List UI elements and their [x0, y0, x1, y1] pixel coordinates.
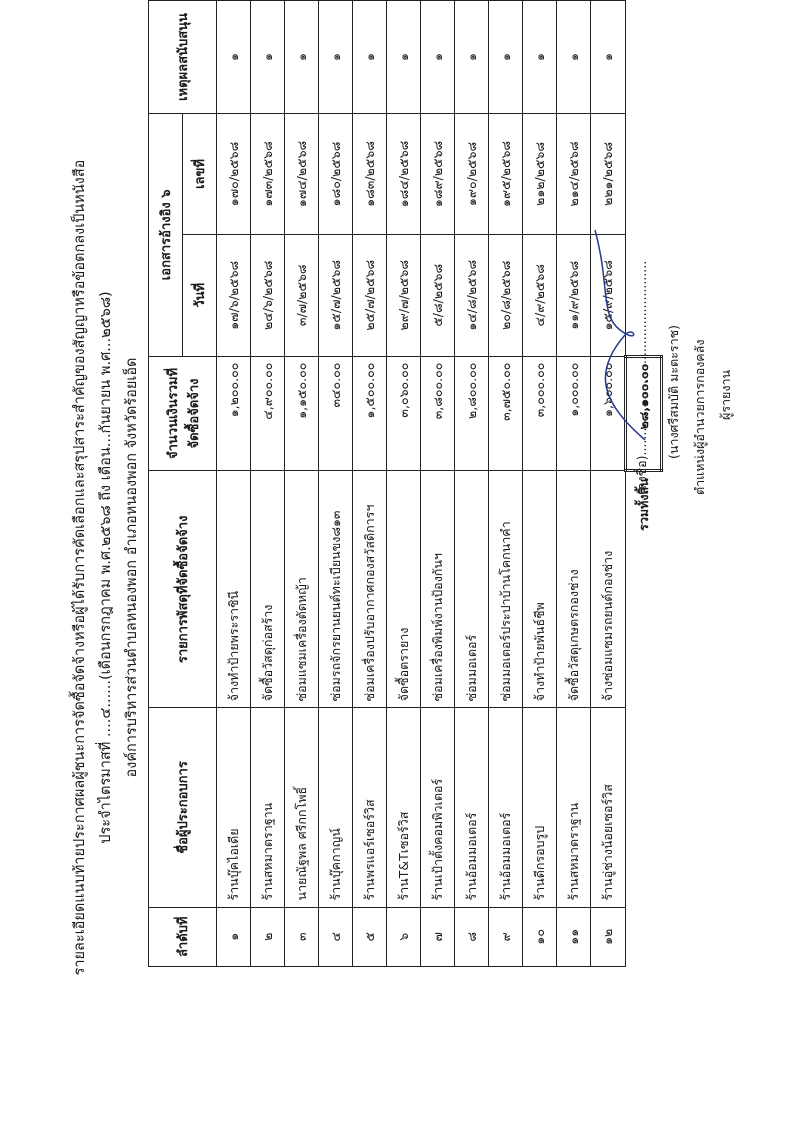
header-reference: เอกสารอ้างอิง ๖: [149, 114, 183, 357]
total-label: รวมทั้งสิ้น: [626, 471, 662, 708]
row-no: ๒: [251, 907, 285, 966]
row-ref-no: ๑๘๔/๒๕๖๘: [387, 114, 421, 235]
row-item: จ้างทำป้ายพันธ์ชีพ: [523, 471, 557, 708]
row-item: จัดซื้อวัสดุก่อสร้าง: [251, 471, 285, 708]
row-date: ๒๐/๘/๒๕๖๘: [489, 234, 523, 356]
signature-line: (ลงชื่อ)................................…: [632, 261, 652, 495]
row-vendor: ร้านพรแอร์เซอร์วิส: [353, 708, 387, 907]
signer-role: ผู้รายงาน: [716, 370, 736, 420]
row-reason: ๑: [217, 1, 251, 114]
row-vendor: ร้านเป้าตั้งคอมพิวเตอร์: [421, 708, 455, 907]
header-reason: เหตุผลสนับสนุน: [149, 1, 217, 114]
row-no: ๙: [489, 907, 523, 966]
row-date: ๔/๙/๒๕๖๘: [523, 234, 557, 356]
row-amount: ๓,๐๐๐.๐๐: [523, 356, 557, 471]
header-ref-no: เลขที่: [183, 114, 217, 235]
row-reason: ๑: [489, 1, 523, 114]
table-row: ๑ร้านบุ๊คไอเดียจ้างทำป้ายพระราชินี๑,๒๐๐.…: [217, 1, 251, 967]
row-vendor: นายณัฐพล ศรีกกโพธิ์: [285, 708, 319, 907]
table-row: ๒ร้านสหมาตราฐานจัดซื้อวัสดุก่อสร้าง๔,๙๐๐…: [251, 1, 285, 967]
row-date: ๒๕/๗/๒๕๖๘: [353, 234, 387, 356]
row-vendor: ร้านบุ๊คไอเดีย: [217, 708, 251, 907]
doc-organization: องค์การบริหารส่วนตำบลหนองพอก อำเภอหนองพอ…: [120, 0, 143, 1135]
row-item: ซ่อมมอเตอร์: [455, 471, 489, 708]
row-reason: ๑: [285, 1, 319, 114]
row-reason: ๑: [387, 1, 421, 114]
table-row: ๓นายณัฐพล ศรีกกโพธิ์ซ่อมแซมเครื่องตัดหญ้…: [285, 1, 319, 967]
header-item: รายการพัสดุที่จัดซื้อจัดจ้าง: [149, 471, 217, 708]
table-row: ๕ร้านพรแอร์เซอร์วิสซ่อมเครื่องปรับอากาศก…: [353, 1, 387, 967]
row-reason: ๑: [591, 1, 626, 114]
row-item: จ้างซ่อมแซมรถยนต์กองช่าง: [591, 471, 626, 708]
row-no: ๕: [353, 907, 387, 966]
row-vendor: ร้านอ้อมมอเตอร์: [489, 708, 523, 907]
table-row: ๑๐ร้านดีกรอบรูปจ้างทำป้ายพันธ์ชีพ๓,๐๐๐.๐…: [523, 1, 557, 967]
row-vendor: ร้านอ้อมมอเตอร์: [455, 708, 489, 907]
row-reason: ๑: [557, 1, 591, 114]
table-row: ๘ร้านอ้อมมอเตอร์ซ่อมมอเตอร์๒,๘๐๐.๐๐๑๔/๘/…: [455, 1, 489, 967]
row-reason: ๑: [523, 1, 557, 114]
row-ref-no: ๒๑๔/๒๕๖๘: [557, 114, 591, 235]
row-amount: ๒,๘๐๐.๐๐: [455, 356, 489, 471]
row-item: ซ่อมแซมเครื่องตัดหญ้า: [285, 471, 319, 708]
row-amount: ๑,๕๐๐.๐๐: [353, 356, 387, 471]
signer-name: (นางศรีสมบัติ มะตะราช): [664, 325, 684, 459]
table-row: ๑๒ร้านอู่ช่างน้อยเซอร์วิสจ้างซ่อมแซมรถยน…: [591, 1, 626, 967]
row-item: จัดซื้อวัสดุเกษตรกองช่าง: [557, 471, 591, 708]
row-ref-no: ๑๘๓/๒๕๖๘: [353, 114, 387, 235]
row-date: ๑๗/๖/๒๕๖๘: [217, 234, 251, 356]
row-ref-no: ๑๘๙/๒๕๖๘: [421, 114, 455, 235]
table-row: ๙ร้านอ้อมมอเตอร์ซ่อมมอเตอร์ประปาบ้านโคกน…: [489, 1, 523, 967]
header-amount: จำนวนเงินรวมที่จัดซื้อจัดจ้าง: [149, 356, 217, 471]
signer-position: ตำแหน่งผู้อำนวยการกองคลัง: [690, 340, 710, 495]
procurement-table: ลำดับที่ ชื่อผู้ประกอบการ รายการพัสดุที่…: [148, 0, 663, 967]
row-amount: ๓,๗๕๐.๐๐: [489, 356, 523, 471]
document-page: รายละเอียดแนบท้ายประกาศผลผู้ชนะการจัดซื้…: [0, 0, 800, 1135]
row-amount: ๓,๐๖๐.๐๐: [387, 356, 421, 471]
row-item: ซ่อมมอเตอร์ประปาบ้านโคกนาคำ: [489, 471, 523, 708]
table-row: ๔ร้านบุ๊คกาญน์ซ่อมรถจักรยานยนต์ทะเบียนขง…: [319, 1, 353, 967]
header-date: วันที่: [183, 234, 217, 356]
row-no: ๑๐: [523, 907, 557, 966]
row-vendor: ร้านสหมาตราฐาน: [251, 708, 285, 907]
row-date: ๑๔/๘/๒๕๖๘: [455, 234, 489, 356]
row-date: ๓/๗/๒๕๖๘: [285, 234, 319, 356]
row-ref-no: ๑๘๐/๒๕๖๘: [319, 114, 353, 235]
row-date: ๕/๘/๒๕๖๘: [421, 234, 455, 356]
row-no: ๗: [421, 907, 455, 966]
row-date: ๑๕/๗/๒๕๖๘: [319, 234, 353, 356]
row-no: ๔: [319, 907, 353, 966]
row-ref-no: ๑๗๓/๒๕๖๘: [251, 114, 285, 235]
row-ref-no: ๑๙๕/๒๕๖๘: [489, 114, 523, 235]
row-amount: ๓๔๐.๐๐: [319, 356, 353, 471]
row-reason: ๑: [319, 1, 353, 114]
row-no: ๖: [387, 907, 421, 966]
row-ref-no: ๒๒๑/๒๕๖๘: [591, 114, 626, 235]
row-date: ๒๔/๖/๒๕๖๘: [251, 234, 285, 356]
doc-title: รายละเอียดแนบท้ายประกาศผลผู้ชนะการจัดซื้…: [68, 0, 91, 1135]
header-vendor: ชื่อผู้ประกอบการ: [149, 708, 217, 907]
row-no: ๑๒: [591, 907, 626, 966]
row-reason: ๑: [353, 1, 387, 114]
doc-period: ประจำไตรมาสที่ ....๔......(เดือนกรกฎาคม …: [94, 0, 117, 1135]
row-no: ๘: [455, 907, 489, 966]
row-amount: ๓,๘๐๐.๐๐: [421, 356, 455, 471]
row-reason: ๑: [421, 1, 455, 114]
row-reason: ๑: [455, 1, 489, 114]
row-ref-no: ๑๗๔/๒๕๖๘: [285, 114, 319, 235]
row-vendor: ร้านดีกรอบรูป: [523, 708, 557, 907]
header-no: ลำดับที่: [149, 907, 217, 966]
row-ref-no: ๑๗๐/๒๕๖๘: [217, 114, 251, 235]
row-amount: ๑,๑๕๐.๐๐: [285, 356, 319, 471]
row-vendor: ร้านT&Tเซอร์วิส: [387, 708, 421, 907]
row-item: จ้างทำป้ายพระราชินี: [217, 471, 251, 708]
row-date: ๒๙/๗/๒๕๖๘: [387, 234, 421, 356]
row-vendor: ร้านอู่ช่างน้อยเซอร์วิส: [591, 708, 626, 907]
row-vendor: ร้านสหมาตราฐาน: [557, 708, 591, 907]
row-item: ซ่อมเครื่องพิมพ์งานป้องกันฯ: [421, 471, 455, 708]
row-item: จัดซื้อตรายาง: [387, 471, 421, 708]
table-row: ๑๑ร้านสหมาตราฐานจัดซื้อวัสดุเกษตรกองช่าง…: [557, 1, 591, 967]
table-row: ๖ร้านT&Tเซอร์วิสจัดซื้อตรายาง๓,๐๖๐.๐๐๒๙/…: [387, 1, 421, 967]
row-item: ซ่อมรถจักรยานยนต์ทะเบียนขง๘๑๓: [319, 471, 353, 708]
row-ref-no: ๑๙๐/๒๕๖๘: [455, 114, 489, 235]
table-row: ๗ร้านเป้าตั้งคอมพิวเตอร์ซ่อมเครื่องพิมพ์…: [421, 1, 455, 967]
row-no: ๓: [285, 907, 319, 966]
row-no: ๑: [217, 907, 251, 966]
row-amount: ๔,๙๐๐.๐๐: [251, 356, 285, 471]
row-no: ๑๑: [557, 907, 591, 966]
row-ref-no: ๒๑๒/๒๕๖๘: [523, 114, 557, 235]
row-vendor: ร้านบุ๊คกาญน์: [319, 708, 353, 907]
row-amount: ๑,๒๐๐.๐๐: [217, 356, 251, 471]
row-reason: ๑: [251, 1, 285, 114]
row-item: ซ่อมเครื่องปรับอากาศกองสวัสดิการฯ: [353, 471, 387, 708]
